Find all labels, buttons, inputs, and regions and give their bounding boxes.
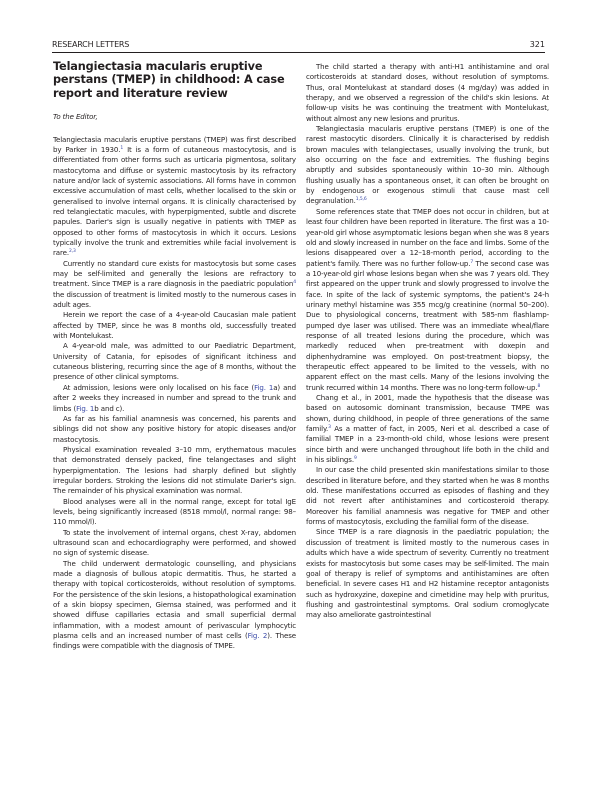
page-number: 321 [530, 40, 545, 49]
running-header: RESEARCH LETTERS 321 [52, 38, 545, 53]
paragraph: Blood analyses were all in the normal ra… [53, 497, 296, 528]
paragraph: The child underwent dermatologic counsel… [53, 559, 296, 652]
figure-link[interactable]: Fig. 2 [248, 631, 268, 640]
paragraph-text: The child started a therapy with anti-H1… [306, 62, 549, 123]
figure-link[interactable]: Fig. 1 [254, 383, 273, 392]
reference-citation[interactable]: 2,3 [69, 249, 76, 254]
reference-citation[interactable]: 4 [293, 280, 296, 285]
paragraph: Telangiectasia macularis eruptive persta… [53, 135, 296, 259]
reference-citation[interactable]: 8 [538, 384, 541, 389]
paragraph: The child started a therapy with anti-H1… [306, 62, 549, 124]
paragraph-text: It is a form of cutaneous mastocytosis, … [53, 145, 296, 257]
paragraph-text: To state the involvement of internal org… [53, 528, 296, 558]
paragraph: In our case the child presented skin man… [306, 465, 549, 527]
paragraph: Currently no standard cure exists for ma… [53, 259, 296, 311]
figure-link[interactable]: Fig. 1 [76, 404, 94, 413]
paragraph-text: At admission, lesions were only localise… [63, 383, 254, 392]
paragraph: Physical examination revealed 3–10 mm, e… [53, 445, 296, 497]
paragraph-text: As a matter of fact, in 2005, Neri et al… [306, 424, 549, 464]
paragraph: Chang et al., in 2001, made the hypothes… [306, 393, 549, 465]
left-column: Telangiectasia macularis eruptive persta… [53, 60, 296, 652]
paragraph-text: As far as his familial anamnesis was con… [53, 414, 296, 444]
paragraph: Telangiectasia macularis eruptive persta… [306, 124, 549, 207]
reference-citation[interactable]: 9 [354, 456, 357, 461]
paragraph-text: the discussion of treatment is limited m… [53, 290, 296, 309]
paragraph-text: Blood analyses were all in the normal ra… [53, 497, 296, 527]
paragraph-text: The second case was a 10-year-old girl w… [306, 259, 549, 392]
paragraph: A 4-year-old male, was admitted to our P… [53, 341, 296, 382]
paragraph-text: In our case the child presented skin man… [306, 465, 549, 526]
paragraph: At admission, lesions were only localise… [53, 383, 296, 414]
right-column-body: The child started a therapy with anti-H1… [306, 62, 549, 621]
paragraph-text: A 4-year-old male, was admitted to our P… [53, 341, 296, 381]
paragraph: Some references state that TMEP does not… [306, 207, 549, 393]
paragraph-text: The child underwent dermatologic counsel… [53, 559, 296, 640]
paragraph-text: Telangiectasia macularis eruptive persta… [306, 124, 549, 205]
article-title: Telangiectasia macularis eruptive persta… [53, 60, 296, 100]
paragraph-text: Herein we report the case of a 4-year-ol… [53, 310, 296, 340]
right-column: The child started a therapy with anti-H1… [306, 62, 549, 621]
paragraph: To state the involvement of internal org… [53, 528, 296, 559]
paragraph-text: Physical examination revealed 3–10 mm, e… [53, 445, 296, 495]
paragraph-text: Since TMEP is a rare diagnosis in the pa… [306, 527, 549, 619]
reference-citation[interactable]: 1,5,6 [356, 197, 367, 202]
paragraph-text: Currently no standard cure exists for ma… [53, 259, 296, 289]
paragraph: Since TMEP is a rare diagnosis in the pa… [306, 527, 549, 620]
paragraph-text: b and c). [94, 404, 124, 413]
paragraph: As far as his familial anamnesis was con… [53, 414, 296, 445]
left-column-body: Telangiectasia macularis eruptive persta… [53, 135, 296, 652]
paragraph: Herein we report the case of a 4-year-ol… [53, 310, 296, 341]
salutation: To the Editor, [53, 112, 296, 122]
section-label: RESEARCH LETTERS [52, 40, 129, 49]
